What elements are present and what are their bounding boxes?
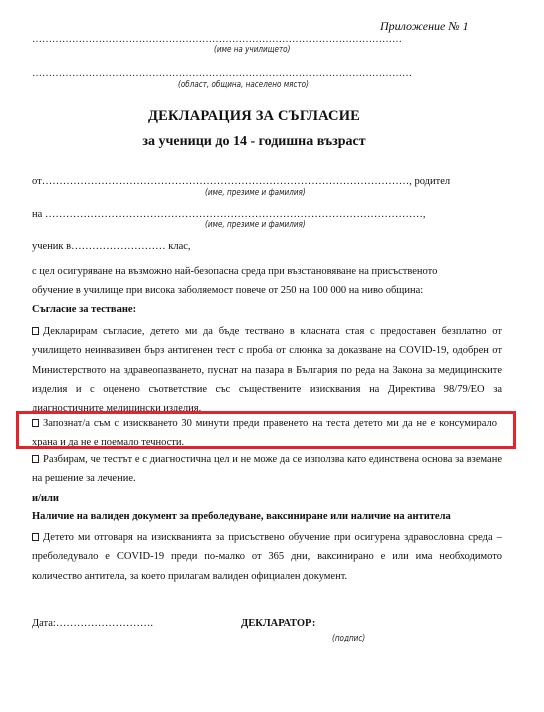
date-dots[interactable]: ………………………. <box>56 618 153 629</box>
class-dots[interactable]: ……………………… <box>71 241 166 252</box>
testing-heading: Съгласие за тестване: <box>32 300 136 319</box>
declarant-label: ДЕКЛАРАТОР: <box>241 614 315 633</box>
student-suffix: клас, <box>166 241 191 252</box>
checkbox-icon[interactable] <box>32 455 39 463</box>
child-name-hint: (име, презиме и фамилия) <box>205 220 306 230</box>
checkbox-icon[interactable] <box>32 533 39 541</box>
signature-hint: (подпис) <box>332 634 365 644</box>
child-prefix: на <box>32 209 45 220</box>
testing-item-text: Разбирам, че тестът е с диагностична цел… <box>32 454 502 484</box>
student-class-field[interactable]: ученик в……………………… клас, <box>32 237 191 256</box>
child-dots[interactable]: ……………………………………………………………………………………………… <box>45 209 423 220</box>
parent-dots[interactable]: …………………………………………………………………………………………… <box>42 176 410 187</box>
testing-item-text: Декларирам съгласие, детето ми да бъде т… <box>32 326 502 414</box>
document-subtitle: за ученици до 14 - годишна възраст <box>0 134 508 150</box>
appendix-number: Приложение № 1 <box>380 19 469 34</box>
region-line[interactable]: …………………………………………………………………………………………………… <box>32 68 412 79</box>
child-suffix: , <box>423 209 426 220</box>
region-hint: (област, община, населено място) <box>178 80 309 90</box>
document-item-text: Детето ми отговаря на изискванията за пр… <box>32 532 502 582</box>
document-heading: Наличие на валиден документ за преболеду… <box>32 507 451 526</box>
school-name-line[interactable]: ………………………………………………………………………………………………… <box>32 34 402 45</box>
testing-item-diagnostic: Разбирам, че тестът е с диагностична цел… <box>32 450 502 489</box>
document-title: ДЕКЛАРАЦИЯ ЗА СЪГЛАСИЕ <box>0 108 508 125</box>
testing-item-consent: Декларирам съгласие, детето ми да бъде т… <box>32 322 502 418</box>
document-item: Детето ми отговаря на изискванията за пр… <box>32 528 502 586</box>
date-label: Дата: <box>32 618 56 629</box>
checkbox-icon[interactable] <box>32 327 39 335</box>
parent-name-hint: (име, презиме и фамилия) <box>205 188 306 198</box>
parent-suffix: , родител <box>409 176 450 187</box>
student-prefix: ученик в <box>32 241 71 252</box>
intro-paragraph: с цел осигуряване на възможно най-безопа… <box>32 262 460 301</box>
highlight-box <box>16 411 516 449</box>
parent-prefix: от <box>32 176 42 187</box>
date-field[interactable]: Дата:………………………. <box>32 614 153 633</box>
school-name-hint: (име на училището) <box>214 45 290 55</box>
or-label: и/или <box>32 489 59 508</box>
